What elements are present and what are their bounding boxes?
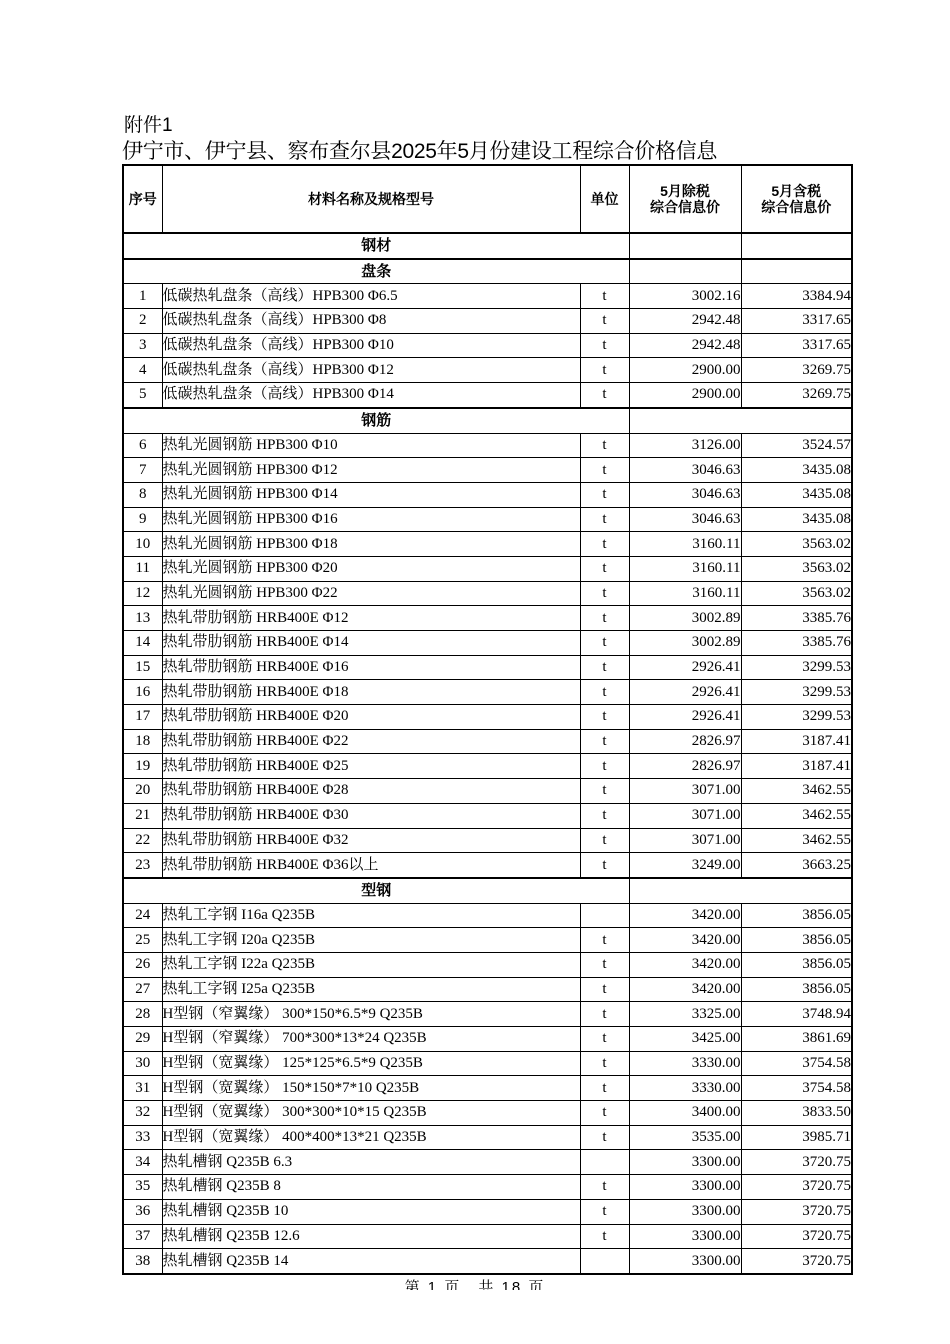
item-unit: t	[580, 581, 629, 606]
section-row: 钢筋	[123, 408, 852, 433]
table-row: 26热轧工字钢 I22a Q235Bt3420.003856.05	[123, 952, 852, 977]
item-name: 热轧槽钢 Q235B 8	[162, 1175, 580, 1200]
item-unit: t	[580, 754, 629, 779]
price-inc-tax: 3317.65	[741, 333, 852, 358]
price-ex-tax: 3330.00	[629, 1051, 741, 1076]
price-inc-tax: 3299.53	[741, 655, 852, 680]
item-unit: t	[580, 977, 629, 1002]
price-inc-tax: 3985.71	[741, 1125, 852, 1150]
item-unit	[580, 1150, 629, 1175]
price-ex-tax: 3420.00	[629, 928, 741, 953]
price-inc-tax: 3435.08	[741, 458, 852, 483]
item-number: 24	[123, 903, 162, 928]
item-unit: t	[580, 1125, 629, 1150]
price-inc-tax: 3748.94	[741, 1002, 852, 1027]
table-row: 25热轧工字钢 I20a Q235Bt3420.003856.05	[123, 928, 852, 953]
item-unit: t	[580, 556, 629, 581]
table-row: 17热轧带肋钢筋 HRB400E Φ20t2926.413299.53	[123, 705, 852, 730]
table-row: 20热轧带肋钢筋 HRB400E Φ28t3071.003462.55	[123, 779, 852, 804]
item-number: 10	[123, 532, 162, 557]
price-inc-tax: 3754.58	[741, 1051, 852, 1076]
item-number: 4	[123, 358, 162, 383]
table-header-row: 序号 材料名称及规格型号 单位 5月除税综合信息价 5月含税综合信息价	[123, 165, 852, 233]
table-row: 29H型钢（窄翼缘） 700*300*13*24 Q235Bt3425.0038…	[123, 1027, 852, 1052]
item-unit: t	[580, 1224, 629, 1249]
section-label: 型钢	[123, 878, 629, 903]
price-ex-tax: 2826.97	[629, 729, 741, 754]
table-row: 5低碳热轧盘条（高线）HPB300 Φ14t2900.003269.75	[123, 383, 852, 408]
price-inc-tax: 3462.55	[741, 828, 852, 853]
item-unit: t	[580, 705, 629, 730]
price-ex-tax: 3330.00	[629, 1076, 741, 1101]
table-row: 35热轧槽钢 Q235B 8t3300.003720.75	[123, 1175, 852, 1200]
item-name: 热轧工字钢 I20a Q235B	[162, 928, 580, 953]
item-unit: t	[580, 729, 629, 754]
price-ex-tax: 2926.41	[629, 655, 741, 680]
item-unit: t	[580, 655, 629, 680]
item-name: 热轧带肋钢筋 HRB400E Φ18	[162, 680, 580, 705]
section-price-cell	[741, 233, 852, 259]
price-inc-tax: 3187.41	[741, 729, 852, 754]
item-name: 低碳热轧盘条（高线）HPB300 Φ6.5	[162, 284, 580, 309]
price-ex-tax: 3420.00	[629, 977, 741, 1002]
price-inc-tax: 3269.75	[741, 358, 852, 383]
price-ex-tax: 3046.63	[629, 482, 741, 507]
item-number: 13	[123, 606, 162, 631]
item-name: 热轧槽钢 Q235B 6.3	[162, 1150, 580, 1175]
item-number: 34	[123, 1150, 162, 1175]
item-unit: t	[580, 631, 629, 656]
price-inc-tax: 3317.65	[741, 309, 852, 334]
table-row: 34热轧槽钢 Q235B 6.33300.003720.75	[123, 1150, 852, 1175]
item-number: 1	[123, 284, 162, 309]
price-ex-tax: 3160.11	[629, 556, 741, 581]
price-table: 序号 材料名称及规格型号 单位 5月除税综合信息价 5月含税综合信息价 钢材盘条…	[122, 164, 853, 1275]
item-unit: t	[580, 433, 629, 458]
table-row: 10热轧光圆钢筋 HPB300 Φ18t3160.113563.02	[123, 532, 852, 557]
section-label: 盘条	[123, 259, 629, 284]
price-inc-tax: 3385.76	[741, 606, 852, 631]
price-ex-tax: 3300.00	[629, 1150, 741, 1175]
item-unit: t	[580, 1051, 629, 1076]
table-row: 1低碳热轧盘条（高线）HPB300 Φ6.5t3002.163384.94	[123, 284, 852, 309]
item-number: 20	[123, 779, 162, 804]
item-name: 热轧带肋钢筋 HRB400E Φ36以上	[162, 853, 580, 878]
item-number: 11	[123, 556, 162, 581]
item-name: 热轧光圆钢筋 HPB300 Φ18	[162, 532, 580, 557]
item-number: 18	[123, 729, 162, 754]
item-number: 33	[123, 1125, 162, 1150]
item-number: 23	[123, 853, 162, 878]
item-name: H型钢（宽翼缘） 150*150*7*10 Q235B	[162, 1076, 580, 1101]
price-ex-tax: 3002.89	[629, 631, 741, 656]
attachment-label: 附件1	[124, 114, 173, 138]
table-row: 37热轧槽钢 Q235B 12.6t3300.003720.75	[123, 1224, 852, 1249]
price-ex-tax: 3160.11	[629, 581, 741, 606]
price-inc-tax: 3563.02	[741, 581, 852, 606]
price-inc-tax: 3462.55	[741, 803, 852, 828]
table-row: 21热轧带肋钢筋 HRB400E Φ30t3071.003462.55	[123, 803, 852, 828]
price-ex-tax: 3126.00	[629, 433, 741, 458]
table-row: 16热轧带肋钢筋 HRB400E Φ18t2926.413299.53	[123, 680, 852, 705]
price-ex-tax: 3420.00	[629, 952, 741, 977]
price-ex-tax: 3400.00	[629, 1101, 741, 1126]
table-row: 31H型钢（宽翼缘） 150*150*7*10 Q235Bt3330.00375…	[123, 1076, 852, 1101]
section-price-cell	[629, 259, 741, 284]
table-row: 22热轧带肋钢筋 HRB400E Φ32t3071.003462.55	[123, 828, 852, 853]
item-name: 热轧带肋钢筋 HRB400E Φ12	[162, 606, 580, 631]
price-inc-tax: 3563.02	[741, 532, 852, 557]
item-number: 22	[123, 828, 162, 853]
item-number: 12	[123, 581, 162, 606]
item-number: 9	[123, 507, 162, 532]
price-ex-tax: 3002.16	[629, 284, 741, 309]
price-inc-tax: 3720.75	[741, 1224, 852, 1249]
item-unit: t	[580, 952, 629, 977]
item-name: 热轧带肋钢筋 HRB400E Φ30	[162, 803, 580, 828]
table-row: 14热轧带肋钢筋 HRB400E Φ14t3002.893385.76	[123, 631, 852, 656]
item-unit: t	[580, 333, 629, 358]
item-name: H型钢（宽翼缘） 125*125*6.5*9 Q235B	[162, 1051, 580, 1076]
item-unit: t	[580, 482, 629, 507]
price-ex-tax: 3046.63	[629, 458, 741, 483]
item-unit: t	[580, 507, 629, 532]
price-inc-tax: 3524.57	[741, 433, 852, 458]
item-name: 热轧光圆钢筋 HPB300 Φ14	[162, 482, 580, 507]
item-unit: t	[580, 1002, 629, 1027]
price-inc-tax: 3563.02	[741, 556, 852, 581]
table-row: 8热轧光圆钢筋 HPB300 Φ14t3046.633435.08	[123, 482, 852, 507]
item-number: 25	[123, 928, 162, 953]
price-ex-tax: 2926.41	[629, 680, 741, 705]
table-row: 6热轧光圆钢筋 HPB300 Φ10t3126.003524.57	[123, 433, 852, 458]
col-header-no: 序号	[123, 165, 162, 233]
table-row: 12热轧光圆钢筋 HPB300 Φ22t3160.113563.02	[123, 581, 852, 606]
price-ex-tax: 3002.89	[629, 606, 741, 631]
section-price-cell	[629, 408, 852, 433]
item-name: 热轧带肋钢筋 HRB400E Φ20	[162, 705, 580, 730]
price-inc-tax: 3720.75	[741, 1175, 852, 1200]
col-header-price-ex-tax: 5月除税综合信息价	[629, 165, 741, 233]
item-name: 低碳热轧盘条（高线）HPB300 Φ8	[162, 309, 580, 334]
item-unit: t	[580, 1027, 629, 1052]
item-number: 16	[123, 680, 162, 705]
item-name: 热轧光圆钢筋 HPB300 Φ20	[162, 556, 580, 581]
table-row: 36热轧槽钢 Q235B 10t3300.003720.75	[123, 1199, 852, 1224]
item-name: 热轧带肋钢筋 HRB400E Φ25	[162, 754, 580, 779]
price-ex-tax: 3425.00	[629, 1027, 741, 1052]
item-name: 热轧槽钢 Q235B 12.6	[162, 1224, 580, 1249]
item-number: 6	[123, 433, 162, 458]
price-ex-tax: 3300.00	[629, 1224, 741, 1249]
table-row: 27热轧工字钢 I25a Q235Bt3420.003856.05	[123, 977, 852, 1002]
col-header-price-inc-tax: 5月含税综合信息价	[741, 165, 852, 233]
item-name: H型钢（宽翼缘） 300*300*10*15 Q235B	[162, 1101, 580, 1126]
table-row: 7热轧光圆钢筋 HPB300 Φ12t3046.633435.08	[123, 458, 852, 483]
table-row: 32H型钢（宽翼缘） 300*300*10*15 Q235Bt3400.0038…	[123, 1101, 852, 1126]
item-name: 热轧工字钢 I25a Q235B	[162, 977, 580, 1002]
col-header-price-inc-tax-line1: 5月含税	[771, 183, 821, 199]
table-row: 19热轧带肋钢筋 HRB400E Φ25t2826.973187.41	[123, 754, 852, 779]
section-price-cell	[629, 878, 852, 903]
table-row: 15热轧带肋钢筋 HRB400E Φ16t2926.413299.53	[123, 655, 852, 680]
item-name: H型钢（窄翼缘） 300*150*6.5*9 Q235B	[162, 1002, 580, 1027]
table-row: 2低碳热轧盘条（高线）HPB300 Φ8t2942.483317.65	[123, 309, 852, 334]
price-ex-tax: 3325.00	[629, 1002, 741, 1027]
page-footer: 第 1 页，共 18 页	[0, 1270, 950, 1290]
price-ex-tax: 2942.48	[629, 309, 741, 334]
price-inc-tax: 3856.05	[741, 903, 852, 928]
table-row: 3低碳热轧盘条（高线）HPB300 Φ10t2942.483317.65	[123, 333, 852, 358]
price-ex-tax: 3535.00	[629, 1125, 741, 1150]
price-inc-tax: 3856.05	[741, 952, 852, 977]
col-header-name: 材料名称及规格型号	[162, 165, 580, 233]
price-inc-tax: 3856.05	[741, 977, 852, 1002]
item-unit: t	[580, 284, 629, 309]
item-name: 热轧带肋钢筋 HRB400E Φ16	[162, 655, 580, 680]
item-number: 2	[123, 309, 162, 334]
item-unit: t	[580, 680, 629, 705]
price-inc-tax: 3299.53	[741, 680, 852, 705]
price-ex-tax: 2826.97	[629, 754, 741, 779]
item-number: 36	[123, 1199, 162, 1224]
section-label: 钢材	[123, 233, 629, 259]
item-name: 热轧光圆钢筋 HPB300 Φ22	[162, 581, 580, 606]
table-row: 23热轧带肋钢筋 HRB400E Φ36以上t3249.003663.25	[123, 853, 852, 878]
item-name: 热轧槽钢 Q235B 10	[162, 1199, 580, 1224]
item-unit: t	[580, 358, 629, 383]
item-number: 26	[123, 952, 162, 977]
price-inc-tax: 3462.55	[741, 779, 852, 804]
item-unit: t	[580, 828, 629, 853]
price-inc-tax: 3299.53	[741, 705, 852, 730]
section-label: 钢筋	[123, 408, 629, 433]
price-ex-tax: 3300.00	[629, 1199, 741, 1224]
price-ex-tax: 3160.11	[629, 532, 741, 557]
price-ex-tax: 3071.00	[629, 828, 741, 853]
price-inc-tax: 3384.94	[741, 284, 852, 309]
item-number: 14	[123, 631, 162, 656]
table-row: 11热轧光圆钢筋 HPB300 Φ20t3160.113563.02	[123, 556, 852, 581]
item-number: 3	[123, 333, 162, 358]
item-number: 32	[123, 1101, 162, 1126]
item-unit	[580, 903, 629, 928]
col-header-price-ex-tax-line1: 5月除税	[660, 183, 710, 199]
item-name: 低碳热轧盘条（高线）HPB300 Φ10	[162, 333, 580, 358]
item-unit: t	[580, 928, 629, 953]
price-inc-tax: 3754.58	[741, 1076, 852, 1101]
item-name: 低碳热轧盘条（高线）HPB300 Φ12	[162, 358, 580, 383]
item-name: 热轧带肋钢筋 HRB400E Φ28	[162, 779, 580, 804]
table-row: 24热轧工字钢 I16a Q235B3420.003856.05	[123, 903, 852, 928]
price-ex-tax: 2942.48	[629, 333, 741, 358]
price-ex-tax: 3071.00	[629, 803, 741, 828]
item-number: 8	[123, 482, 162, 507]
price-ex-tax: 2900.00	[629, 358, 741, 383]
col-header-unit: 单位	[580, 165, 629, 233]
item-number: 29	[123, 1027, 162, 1052]
section-row: 型钢	[123, 878, 852, 903]
item-number: 17	[123, 705, 162, 730]
item-number: 5	[123, 383, 162, 408]
section-row: 盘条	[123, 259, 852, 284]
item-number: 30	[123, 1051, 162, 1076]
item-unit: t	[580, 606, 629, 631]
price-inc-tax: 3833.50	[741, 1101, 852, 1126]
item-name: 热轧带肋钢筋 HRB400E Φ14	[162, 631, 580, 656]
table-row: 30H型钢（宽翼缘） 125*125*6.5*9 Q235Bt3330.0037…	[123, 1051, 852, 1076]
price-ex-tax: 3071.00	[629, 779, 741, 804]
item-number: 7	[123, 458, 162, 483]
item-number: 15	[123, 655, 162, 680]
item-unit: t	[580, 1076, 629, 1101]
table-row: 9热轧光圆钢筋 HPB300 Φ16t3046.633435.08	[123, 507, 852, 532]
item-name: H型钢（窄翼缘） 700*300*13*24 Q235B	[162, 1027, 580, 1052]
price-inc-tax: 3187.41	[741, 754, 852, 779]
item-name: 热轧光圆钢筋 HPB300 Φ16	[162, 507, 580, 532]
item-number: 19	[123, 754, 162, 779]
page-title: 伊宁市、伊宁县、察布查尔县2025年5月份建设工程综合价格信息	[122, 138, 717, 166]
item-name: 热轧工字钢 I22a Q235B	[162, 952, 580, 977]
col-header-price-inc-tax-line2: 综合信息价	[761, 199, 831, 215]
item-name: 热轧光圆钢筋 HPB300 Φ10	[162, 433, 580, 458]
table-row: 33H型钢（宽翼缘） 400*400*13*21 Q235Bt3535.0039…	[123, 1125, 852, 1150]
item-number: 21	[123, 803, 162, 828]
price-inc-tax: 3435.08	[741, 507, 852, 532]
price-ex-tax: 2900.00	[629, 383, 741, 408]
price-ex-tax: 3420.00	[629, 903, 741, 928]
section-price-cell	[629, 233, 741, 259]
price-inc-tax: 3861.69	[741, 1027, 852, 1052]
price-inc-tax: 3856.05	[741, 928, 852, 953]
price-ex-tax: 3300.00	[629, 1175, 741, 1200]
item-number: 31	[123, 1076, 162, 1101]
price-inc-tax: 3720.75	[741, 1199, 852, 1224]
item-unit: t	[580, 779, 629, 804]
item-unit: t	[580, 1199, 629, 1224]
item-unit: t	[580, 803, 629, 828]
item-unit: t	[580, 458, 629, 483]
item-number: 27	[123, 977, 162, 1002]
item-unit: t	[580, 532, 629, 557]
page-number: 第 1 页，共 18 页	[0, 1273, 950, 1290]
table-row: 13热轧带肋钢筋 HRB400E Φ12t3002.893385.76	[123, 606, 852, 631]
item-unit: t	[580, 853, 629, 878]
item-name: 热轧带肋钢筋 HRB400E Φ32	[162, 828, 580, 853]
price-ex-tax: 3249.00	[629, 853, 741, 878]
item-name: 热轧带肋钢筋 HRB400E Φ22	[162, 729, 580, 754]
price-ex-tax: 3046.63	[629, 507, 741, 532]
item-name: H型钢（宽翼缘） 400*400*13*21 Q235B	[162, 1125, 580, 1150]
item-unit: t	[580, 383, 629, 408]
section-price-cell	[741, 259, 852, 284]
table-body: 钢材盘条1低碳热轧盘条（高线）HPB300 Φ6.5t3002.163384.9…	[123, 233, 852, 1274]
table-row: 4低碳热轧盘条（高线）HPB300 Φ12t2900.003269.75	[123, 358, 852, 383]
item-number: 37	[123, 1224, 162, 1249]
item-number: 28	[123, 1002, 162, 1027]
price-inc-tax: 3663.25	[741, 853, 852, 878]
item-unit: t	[580, 1175, 629, 1200]
item-number: 35	[123, 1175, 162, 1200]
table-row: 18热轧带肋钢筋 HRB400E Φ22t2826.973187.41	[123, 729, 852, 754]
table-row: 28H型钢（窄翼缘） 300*150*6.5*9 Q235Bt3325.0037…	[123, 1002, 852, 1027]
item-name: 热轧光圆钢筋 HPB300 Φ12	[162, 458, 580, 483]
section-row: 钢材	[123, 233, 852, 259]
price-inc-tax: 3720.75	[741, 1150, 852, 1175]
item-unit: t	[580, 309, 629, 334]
price-ex-tax: 2926.41	[629, 705, 741, 730]
item-name: 低碳热轧盘条（高线）HPB300 Φ14	[162, 383, 580, 408]
item-name: 热轧工字钢 I16a Q235B	[162, 903, 580, 928]
price-inc-tax: 3435.08	[741, 482, 852, 507]
item-unit: t	[580, 1101, 629, 1126]
price-inc-tax: 3269.75	[741, 383, 852, 408]
price-inc-tax: 3385.76	[741, 631, 852, 656]
col-header-price-ex-tax-line2: 综合信息价	[650, 199, 720, 215]
